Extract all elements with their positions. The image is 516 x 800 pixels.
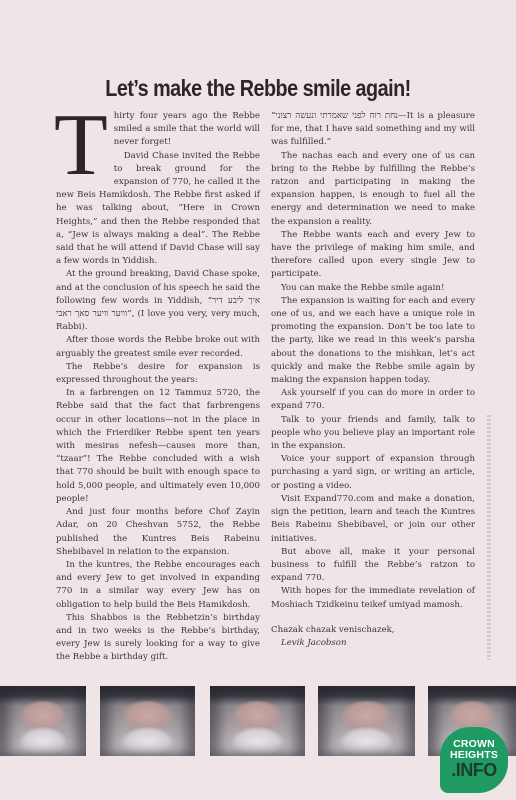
article-paragraph: Visit Expand770.com and make a donation,…	[271, 493, 475, 546]
drop-cap: T	[54, 112, 108, 182]
article-paragraph: This Shabbos is the Rebbetzin’s birthday…	[56, 612, 260, 665]
article-right-column: “נחת רוח לפני שאמרתי ונעשה רצוני—It is a…	[271, 110, 475, 650]
article-paragraph: The nachas each and every one of us can …	[271, 150, 475, 229]
article-paragraph: The expansion is waiting for each and ev…	[271, 295, 475, 387]
signoff-closing: Chazak chazak venischazek,	[271, 624, 475, 637]
rebbe-photo	[318, 686, 415, 756]
rebbe-photo	[210, 686, 305, 756]
article-paragraph: You can make the Rebbe smile again!	[271, 282, 475, 295]
article-paragraph: And just four months before Chof Zayin A…	[56, 506, 260, 559]
article-paragraph: After those words the Rebbe broke out wi…	[56, 334, 260, 360]
article-paragraph: “נחת רוח לפני שאמרתי ונעשה רצוני—It is a…	[271, 110, 475, 150]
article-paragraph: Ask yourself if you can do more in order…	[271, 387, 475, 413]
article-paragraph: In a farbrengen on 12 Tammuz 5720, the R…	[56, 387, 260, 506]
signoff-author: Levik Jacobson	[271, 637, 475, 650]
signoff-spacer	[271, 612, 475, 624]
rebbe-photo	[100, 686, 195, 756]
article-paragraph: At the ground breaking, David Chase spok…	[56, 268, 260, 334]
logo-line-info: .INFO	[440, 761, 508, 779]
article-paragraph: With hopes for the immediate revelation …	[271, 585, 475, 611]
article-paragraph: In the kuntres, the Rebbe encourages eac…	[56, 559, 260, 612]
article-paragraph: The Rebbe wants each and every Jew to ha…	[271, 229, 475, 282]
article-paragraph: Talk to your friends and family, talk to…	[271, 414, 475, 454]
article-paragraph: Thirty four years ago the Rebbe smiled a…	[56, 110, 260, 150]
article-paragraph: Voice your support of expansion through …	[271, 453, 475, 493]
article-paragraph: But above all, make it your personal bus…	[271, 546, 475, 586]
article-paragraph: The Rebbe’s desire for expansion is expr…	[56, 361, 260, 387]
vertical-credit-line	[487, 415, 491, 660]
rebbe-photo	[0, 686, 86, 756]
article-left-column: Thirty four years ago the Rebbe smiled a…	[56, 110, 260, 665]
crownheights-info-logo: CROWN HEIGHTS .INFO	[440, 727, 508, 793]
